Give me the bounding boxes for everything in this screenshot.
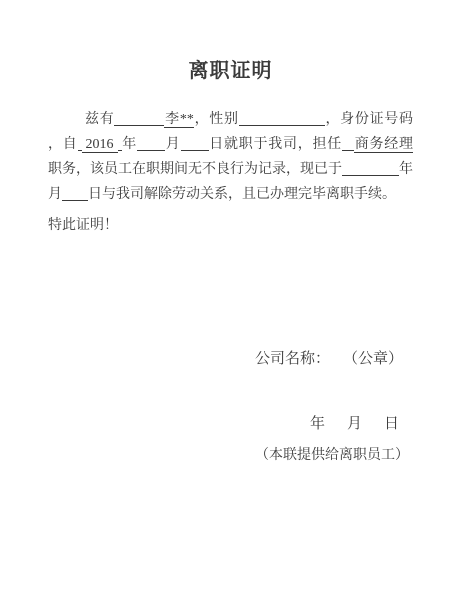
date-part: 日	[384, 413, 399, 435]
fill-in-blank	[342, 164, 399, 176]
text-segment: 日与我司解除劳动关系，且已办理完毕离职手续。	[88, 187, 396, 202]
document-title: 离职证明	[0, 59, 461, 83]
fill-in-blank	[239, 114, 325, 126]
fill-in-blank	[181, 139, 209, 151]
certificate-body: 兹有李**，性别，身份证号码，自2016年月日就职于我司，担任商务经理职务，该员…	[48, 107, 413, 207]
date-part: 月	[347, 413, 362, 435]
text-segment: 月	[165, 137, 181, 152]
footnote: （本联提供给离职员工）	[255, 445, 461, 467]
paragraph-line: 兹有李**，性别，身份证号码	[48, 107, 413, 132]
company-seal-label: （公章）	[343, 348, 403, 370]
text-segment: 职务，该员工在职期间无不良行为记录，现已于	[48, 162, 342, 177]
company-name-label: 公司名称：	[255, 348, 330, 370]
fill-in-blank	[114, 114, 164, 126]
text-segment: 月	[48, 187, 62, 202]
paragraph-line: 月日与我司解除劳动关系，且已办理完毕离职手续。	[48, 182, 413, 207]
text-segment: 年	[122, 137, 138, 152]
fill-in-blank	[137, 139, 165, 151]
text-segment: 年	[399, 162, 413, 177]
company-signature-row: 公司名称： （公章）	[255, 348, 461, 370]
certificate-page: 离职证明 兹有李**，性别，身份证号码，自2016年月日就职于我司，担任商务经理…	[0, 0, 461, 597]
date-line: 年月日	[310, 413, 461, 435]
filled-in-value: 2016	[82, 137, 118, 153]
text-segment: 日就职于我司，担任	[209, 137, 343, 152]
fill-in-blank	[78, 139, 82, 151]
text-segment: 兹有	[85, 112, 114, 127]
text-segment: ，自	[48, 137, 78, 152]
date-part: 年	[310, 413, 325, 435]
fill-in-blank	[62, 189, 88, 201]
filled-in-value: 商务经理	[354, 137, 413, 153]
filled-in-value: 李**	[164, 112, 193, 128]
text-segment: ，身份证号码	[325, 112, 413, 127]
text-segment: ，性别	[194, 112, 239, 127]
closing-statement: 特此证明！	[48, 213, 413, 238]
paragraph-line: ，自2016年月日就职于我司，担任商务经理	[48, 132, 413, 157]
paragraph-line: 职务，该员工在职期间无不良行为记录，现已于年	[48, 157, 413, 182]
fill-in-blank	[342, 139, 354, 151]
